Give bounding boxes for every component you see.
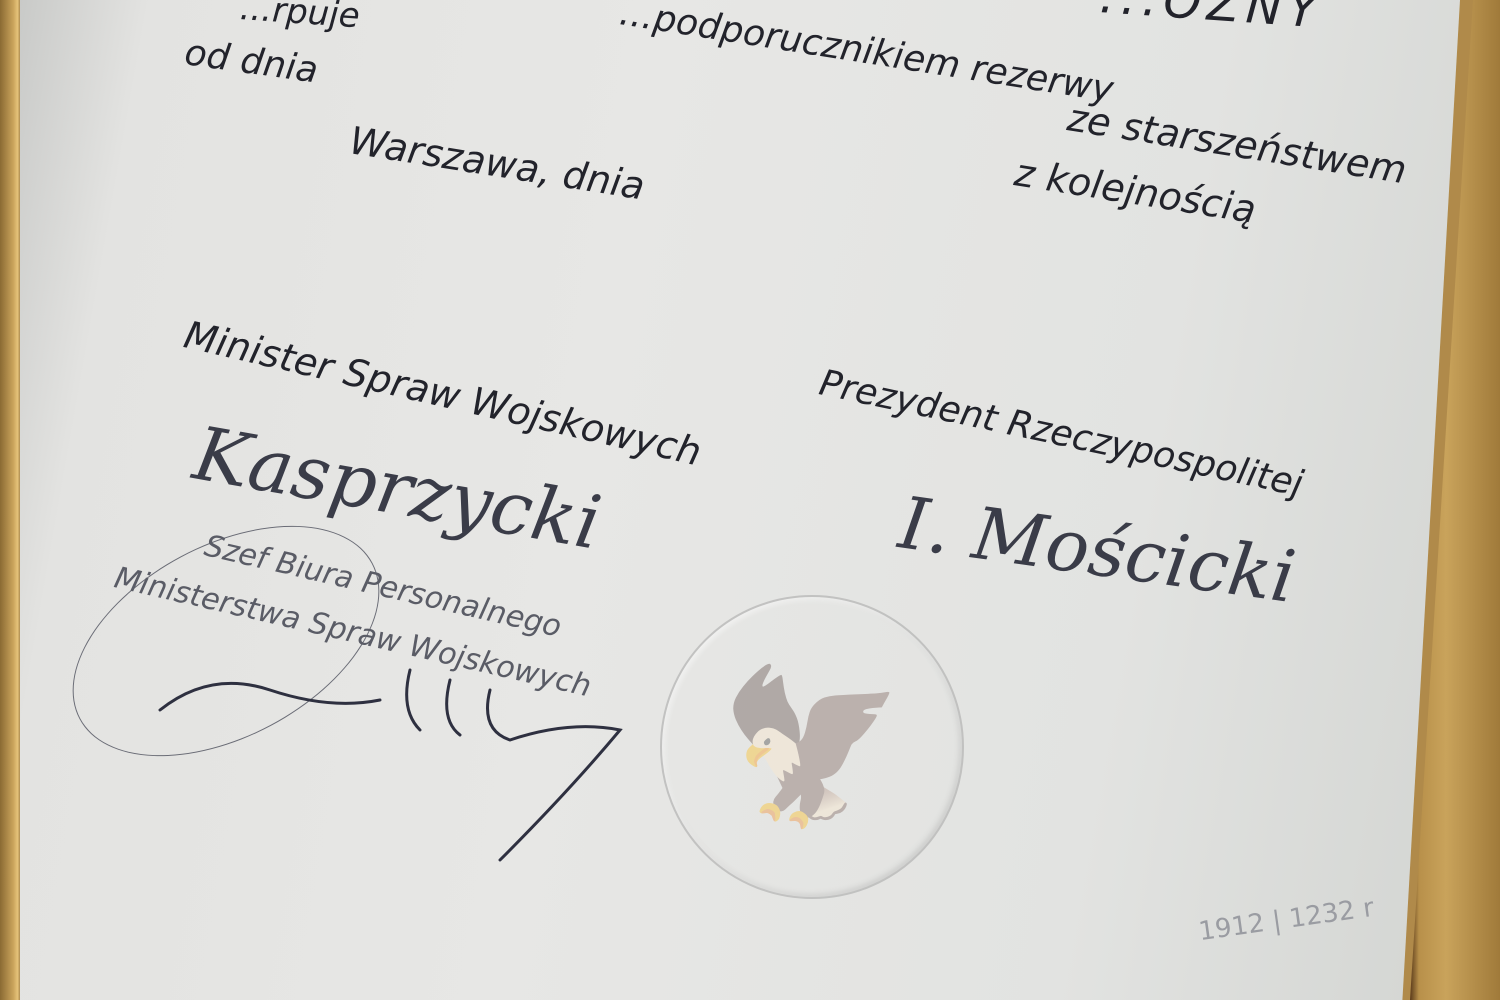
embossed-seal: 🦅 bbox=[660, 595, 964, 899]
eagle-icon: 🦅 bbox=[719, 659, 906, 835]
personnel-chief-signature bbox=[150, 650, 650, 880]
picture-frame-left bbox=[0, 0, 22, 1000]
